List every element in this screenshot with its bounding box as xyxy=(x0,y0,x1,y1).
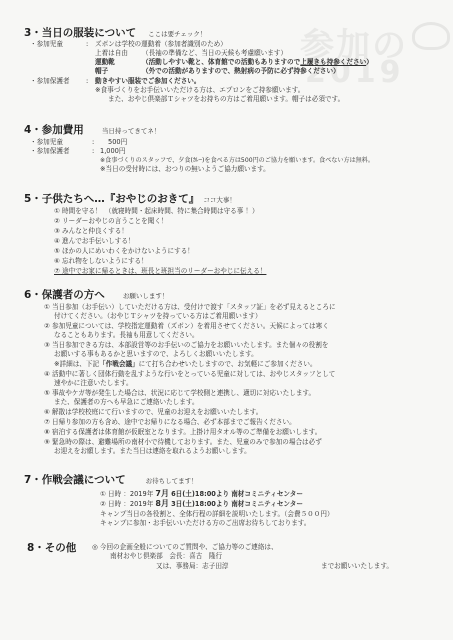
meeting-date: ① 日時 ：2019年 7月 6日(土)18:00より 南材コミニティセンター xyxy=(100,489,303,499)
parent-fee-value: 1,000円 xyxy=(100,147,125,156)
parent-attire-line: また、おやじ倶楽部Ｔシャツをお持ちの方はご着用願います。帽子は必須です。 xyxy=(108,95,344,104)
child-attire-label: ・参加児童 xyxy=(30,40,63,49)
attire-item-label: 上着は自由 xyxy=(95,49,128,58)
section-3-heading: 3・当日の服装についてここは要チェック！ xyxy=(24,25,206,40)
guardian-note: 付けてください。（おやじＴシャツを持っている方はご着用願います） xyxy=(54,312,262,321)
attire-item-desc: （長袖の準備など、当日の天候も考慮願います） xyxy=(142,49,287,58)
contact-line: ◎ 今回の企画全般についてのご質問や、ご協力等のご連絡は、 xyxy=(92,543,278,552)
attire-item: ズボンは学校の運動着（参加者識別のため） xyxy=(95,40,227,49)
section-7-heading: 7・作戦会議についてお待ちしてます！ xyxy=(24,472,198,487)
section-8-heading: 8・その他 xyxy=(27,540,76,555)
section-5-note: ココ大事！ xyxy=(203,196,236,204)
rule-item: ③ みんなと仲良くする！ xyxy=(54,227,128,236)
rule-item: ④ 進んでお手伝いしする！ xyxy=(54,237,135,246)
contact-line: 南材おやじ倶楽部 会長：喜古 隆行 xyxy=(110,552,222,561)
guardian-note: ⑨ 緊急時の際は、避難場所の南材小で待機しております。また、児童のみで参加の場合… xyxy=(44,438,322,447)
guardian-note: ① 当日参加（お手伝い）していただける方は、受付けで渡す「スタッフ証」を必ず見え… xyxy=(44,303,336,312)
guardian-note: ⑦ 日帰り参加の方も含め、途中でお帰りになる場合、必ず本部までご報告ください。 xyxy=(44,418,296,427)
attire-item-desc: （外での活動がありますので、熱射病の予防に必ず持参ください） xyxy=(142,67,340,76)
guardian-note: ④ 活動中に著しく団体行動を乱すような行いをとっている児童に対しては、おやじスタ… xyxy=(44,370,335,379)
guardian-detail: ※詳細は、下記「作戦会議」にて打ち合わせいたしますので、お気軽にご参加ください。 xyxy=(54,360,317,369)
rule-item: ⑤ ほかの人にめいわくをかけないようにする！ xyxy=(54,247,194,256)
contact-line: 又は、事務局：志子田淳 xyxy=(156,562,229,571)
guardian-note: また、保護者の方へも早急にご連絡いたします。 xyxy=(54,398,199,407)
rule-item: ① 時間を守る！ （就寝時間・起床時間、特に集合時間は守る事 ！） xyxy=(54,207,259,216)
meeting-desc: キャンプに参加・お手伝いいただける方のご出席お待ちしております。 xyxy=(100,519,310,528)
section-3-note: ここは要チェック！ xyxy=(148,30,206,38)
document-page: 参加の 2019 3・当日の服装についてここは要チェック！ ・参加児童 : ズボ… xyxy=(0,0,453,640)
guardian-note: ⑤ 事故やケガ等が発生した場合は、状況に応じて学校側と連携し、適切に対応いたしま… xyxy=(44,389,315,398)
rule-item: ⑦ 途中でお家に帰るときは、班長と班担当のリーダーおやじに伝える！ xyxy=(54,267,266,276)
attire-item-label: 運動靴 xyxy=(95,58,115,67)
guardian-note: 速やかに注意いたします。 xyxy=(54,379,133,388)
ghost-logo-icon xyxy=(412,22,450,50)
parent-attire-line: ※食事づくりをお手伝いいただける方は、エプロンをご持参願います。 xyxy=(95,86,304,95)
section-4-heading: 4・参加費用当日持ってきてネ！ xyxy=(24,122,160,137)
guardian-note: ③ 当日参加できる方は、本部設営等のお手伝いのご協力をお願いいたします。また個々… xyxy=(44,341,328,350)
section-6-note: お願いします！ xyxy=(123,292,169,300)
guardian-note: ⑧ 宿泊する保護者は体育館が仮眠室となります。上掛け用タオル等のご準備をお願いし… xyxy=(44,428,321,437)
child-fee-label: ・参加児童 xyxy=(30,138,63,147)
section-5-heading: 5・子供たちへ…『おやじのおきて』ココ大事！ xyxy=(24,191,236,206)
parent-attire-line: 動きやすい服装でご参加ください。 xyxy=(95,77,201,86)
guardian-note: ② 参加児童については、学校指定運動着（ズボン）を着用させてください。天候によっ… xyxy=(44,322,329,331)
guardian-note: ⑥ 解散は学校校庭にて行いますので、児童のお迎えをお願いいたします。 xyxy=(44,408,262,417)
guardian-note: なることもあります。長袖も用意してください。 xyxy=(54,331,199,340)
section-7-note: お待ちしてます！ xyxy=(146,477,198,485)
attire-item-label: 帽子 xyxy=(95,67,108,76)
child-fee-value: 500円 xyxy=(108,138,127,147)
rule-item: ⑥ 忘れ物をしないようにする！ xyxy=(54,257,148,266)
guardian-note: お願いする事もあるかと思いますので、よろしくお願いいたします。 xyxy=(54,350,258,359)
rule-item: ② リーダーおやじの言うことを聞く！ xyxy=(54,217,168,226)
parent-fee-label: ・参加保護者 xyxy=(30,147,70,156)
meeting-date: ② 日時 ：2019年 8月 3日(土)18:00より 南材コミニティセンター xyxy=(100,499,303,509)
guardian-note: お迎えをお願します。また当日は連絡を取れるようお願いします。 xyxy=(54,447,251,456)
attire-item-desc: （活動しやすい靴と、体育館での活動もありますので上履きも持参ください） xyxy=(142,58,373,67)
meeting-desc: キャンプ当日の各役割と、全体行程の詳細を説明いたします。（会費５００円） xyxy=(100,510,334,519)
fee-note: ※当日の受付時には、おつりの無いようご協力願います。 xyxy=(100,165,270,174)
parent-attire-label: ・参加保護者 xyxy=(30,77,70,86)
contact-line: までお願いいたします。 xyxy=(321,562,393,571)
section-6-heading: 6・保護者の方へお願いします！ xyxy=(24,287,168,302)
fee-note: ※食事づくりのスタッフで、夕食(ｶﾚｰ)を食べる方は500円のご協力を願います。… xyxy=(100,156,374,165)
section-4-note: 当日持ってきてネ！ xyxy=(102,127,161,135)
